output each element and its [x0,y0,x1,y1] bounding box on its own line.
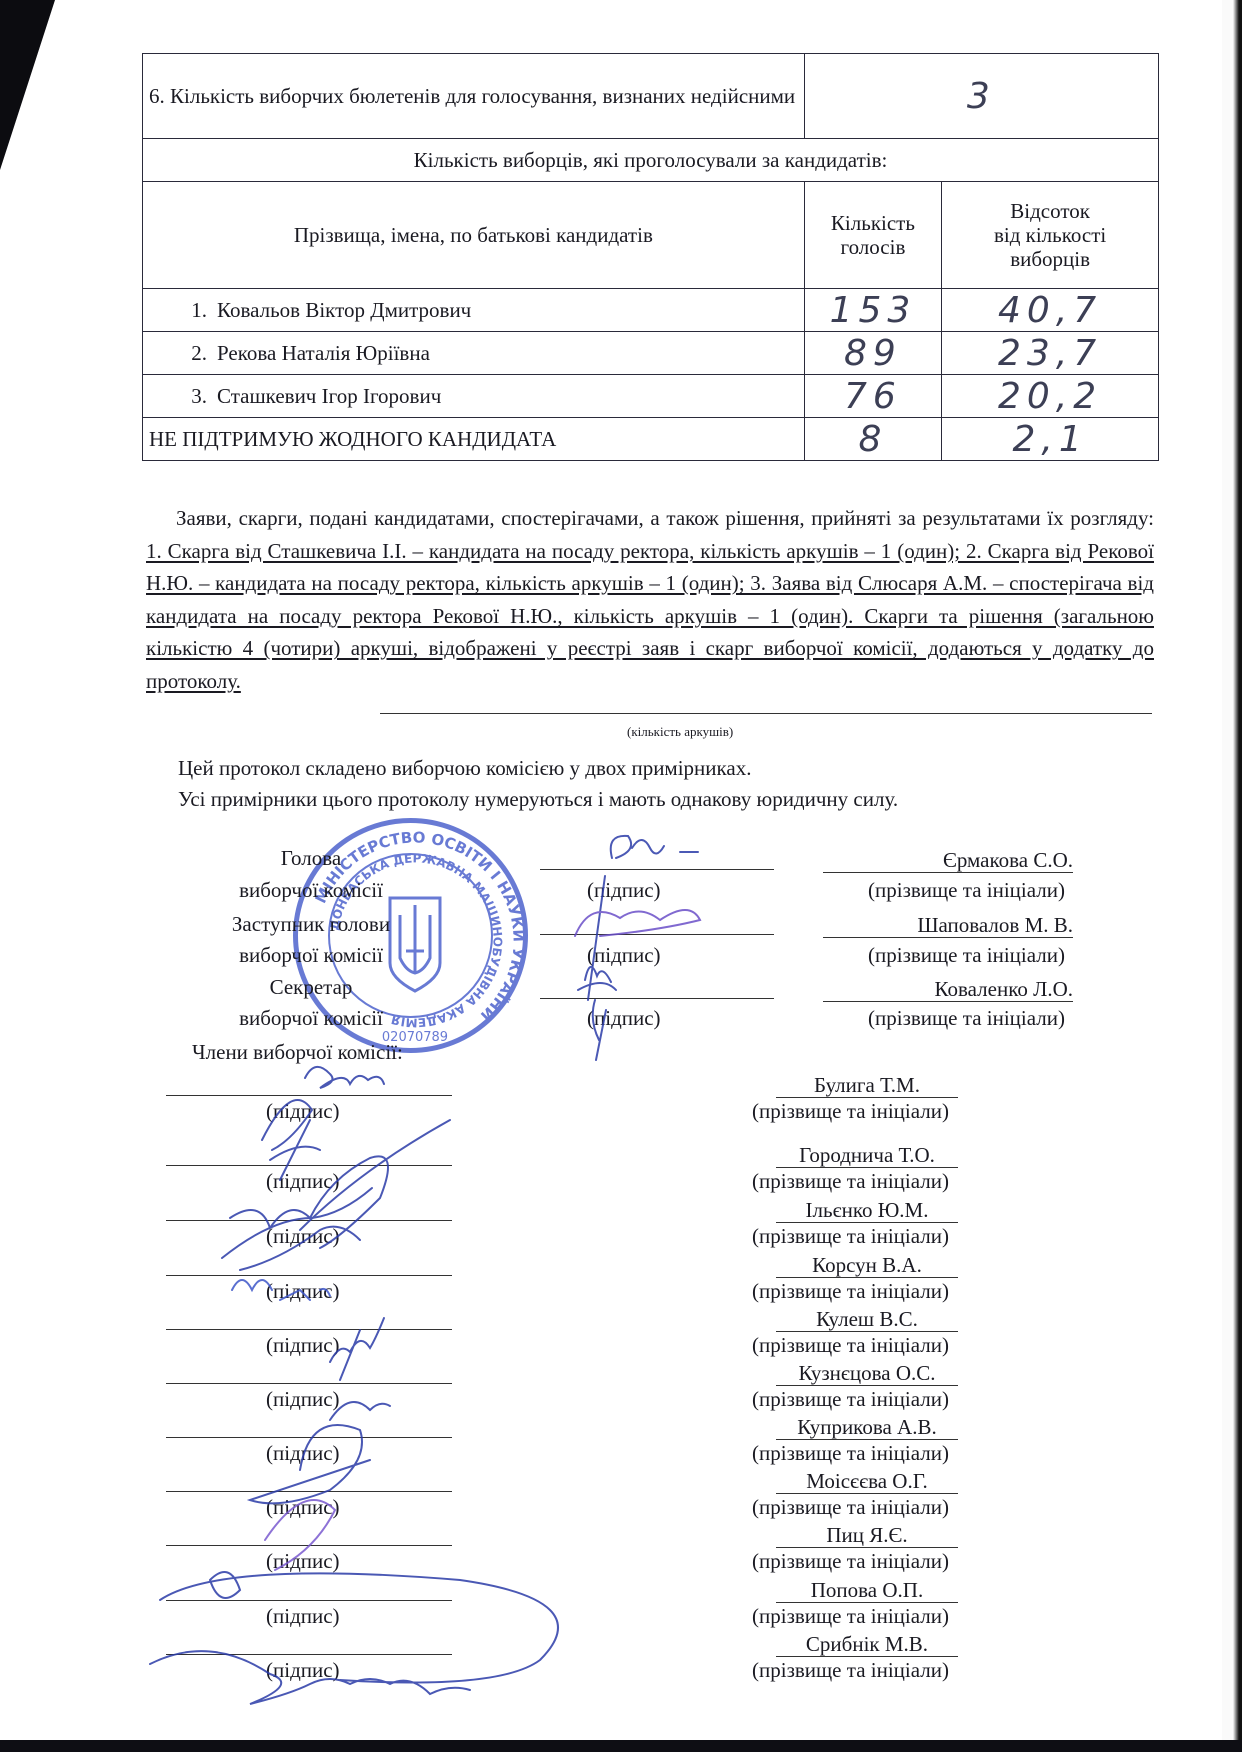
handwritten-signatures [0,0,1242,1752]
